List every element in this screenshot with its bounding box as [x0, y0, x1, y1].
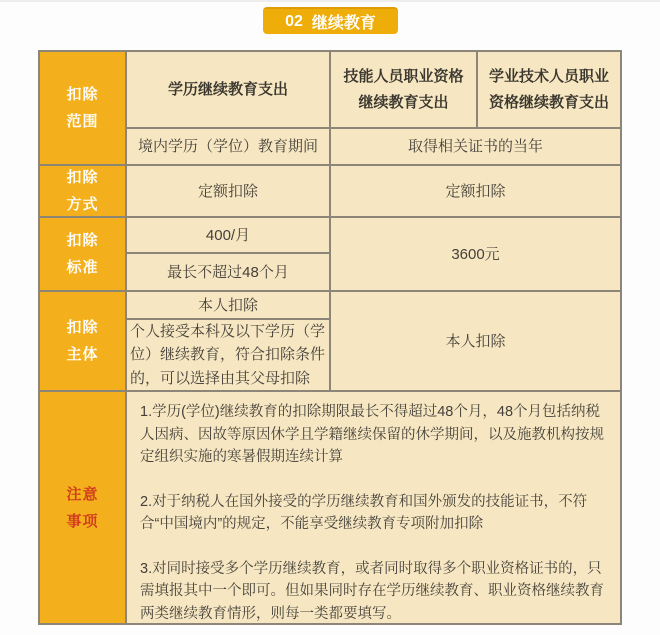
scope-period-degree: 境内学历（学位）教育期间	[127, 129, 329, 164]
row-label-standard: 扣除 标准	[40, 218, 125, 290]
section-number: 02	[285, 13, 303, 31]
standard-annual-amount: 3600元	[331, 218, 620, 290]
column-header-degree-education: 学历继续教育支出	[127, 52, 329, 127]
section-title: 继续教育	[312, 10, 376, 33]
row-label-notes: 注意 事项	[40, 392, 125, 623]
row-label-subject: 扣除 主体	[40, 292, 125, 390]
standard-monthly-amount: 400/月	[127, 218, 329, 252]
row-label-method: 扣除 方式	[40, 166, 125, 216]
subject-self-cell: 本人扣除	[127, 292, 329, 318]
section-title-badge: 02 继续教育	[263, 7, 398, 34]
note-item-1: 1.学历(学位)继续教育的扣除期限最长不得超过48个月，48个月包括纳税人因病、…	[140, 401, 610, 469]
column-header-skill-qualification: 技能人员职业资格 继续教育支出	[331, 52, 476, 127]
standard-max-duration: 最长不超过48个月	[127, 254, 329, 290]
note-item-3: 3.对同时接受多个学历继续教育，或者同时取得多个职业资格证书的，只需填报其中一个…	[140, 558, 610, 626]
method-degree-cell: 定额扣除	[127, 166, 329, 216]
scope-period-certificate: 取得相关证书的当年	[331, 129, 620, 164]
method-qualification-cell: 定额扣除	[331, 166, 620, 216]
notes-cell: 1.学历(学位)继续教育的扣除期限最长不得超过48个月，48个月包括纳税人因病、…	[127, 392, 620, 623]
note-item-2: 2.对于纳税人在国外接受的学历继续教育和国外颁发的技能证书，不符合“中国境内”的…	[140, 491, 610, 536]
top-divider	[0, 0, 660, 2]
column-header-professional-qualification: 学业技术人员职业 资格继续教育支出	[478, 52, 620, 127]
subject-parents-option-cell: 个人接受本科及以下学历（学位）继续教育，符合扣除条件的，可以选择由其父母扣除	[127, 320, 329, 390]
deduction-table: 扣除 范围 学历继续教育支出 技能人员职业资格 继续教育支出 学业技术人员职业 …	[38, 50, 622, 625]
row-label-scope: 扣除 范围	[40, 52, 125, 164]
subject-self-right-cell: 本人扣除	[331, 292, 620, 390]
